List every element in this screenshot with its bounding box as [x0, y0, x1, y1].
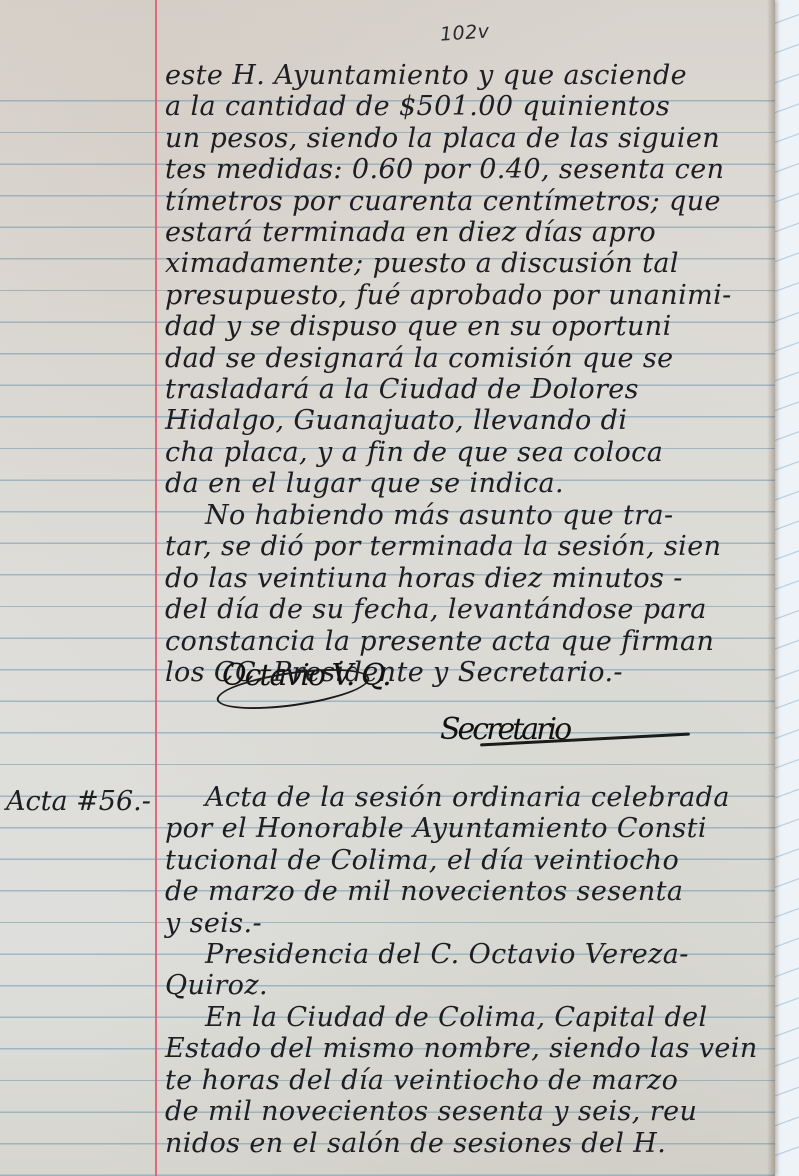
secretary-signature: Secretario [440, 712, 569, 747]
text-line: En la Ciudad de Colima, Capital del [165, 1002, 765, 1033]
text-line: Hidalgo, Guanajuato, llevando di [165, 405, 765, 436]
text-line: de mil novecientos sesenta y seis, reu [165, 1096, 765, 1127]
acta-number-label: Acta #56.- [6, 786, 151, 817]
text-line: a la cantidad de $501.00 quinientos [165, 91, 765, 122]
text-line: te horas del día veintiocho de marzo [165, 1065, 765, 1096]
text-line: tes medidas: 0.60 por 0.40, sesenta cen [165, 154, 765, 185]
text-line: dad y se dispuso que en su oportuni [165, 311, 765, 342]
text-line: y seis.- [165, 908, 765, 939]
text-line: tímetros por cuarenta centímetros; que [165, 186, 765, 217]
text-line: constancia la presente acta que firman [165, 626, 765, 657]
text-line: da en el lugar que se indica. [165, 468, 765, 499]
ledger-page: 102v este H. Ayuntamiento y que asciende… [0, 0, 775, 1176]
text-line: cha placa, y a fin de que sea coloca [165, 437, 765, 468]
text-line: tar, se dió por terminada la sesión, sie… [165, 531, 765, 562]
text-line: tucional de Colima, el día veintiocho [165, 845, 765, 876]
text-line: Estado del mismo nombre, siendo las vein [165, 1033, 765, 1064]
text-line: Acta de la sesión ordinaria celebrada [165, 782, 765, 813]
text-line: presupuesto, fué aprobado por unanimi- [165, 280, 765, 311]
text-line: Presidencia del C. Octavio Vereza- [165, 939, 765, 970]
text-line: trasladará a la Ciudad de Dolores [165, 374, 765, 405]
text-line: do las veintiuna horas diez minutos - [165, 563, 765, 594]
text-line: nidos en el salón de sesiones del H. [165, 1128, 765, 1159]
text-line: estará terminada en diez días apro [165, 217, 765, 248]
continuation-text: este H. Ayuntamiento y que asciende a la… [165, 60, 765, 499]
folio-number: 102v [439, 20, 490, 45]
text-line: este H. Ayuntamiento y que asciende [165, 60, 765, 91]
acta-heading: Acta de la sesión ordinaria celebrada po… [165, 782, 765, 939]
acta-body: En la Ciudad de Colima, Capital del Esta… [165, 1002, 765, 1159]
text-line: No habiendo más asunto que tra- [165, 500, 765, 531]
acta-presidency: Presidencia del C. Octavio Vereza- Quiro… [165, 939, 765, 1002]
text-line: ximadamente; puesto a discusión tal [165, 248, 765, 279]
text-line: por el Honorable Ayuntamiento Consti [165, 813, 765, 844]
text-line: Quiroz. [165, 970, 765, 1001]
text-line: de marzo de mil novecientos sesenta [165, 876, 765, 907]
text-line: del día de su fecha, levantándose para [165, 594, 765, 625]
text-line: un pesos, siendo la placa de las siguien [165, 123, 765, 154]
president-signature: Octavio V. Q. [222, 658, 390, 693]
red-margin-line [155, 0, 157, 1176]
text-line: dad se designará la comisión que se [165, 343, 765, 374]
